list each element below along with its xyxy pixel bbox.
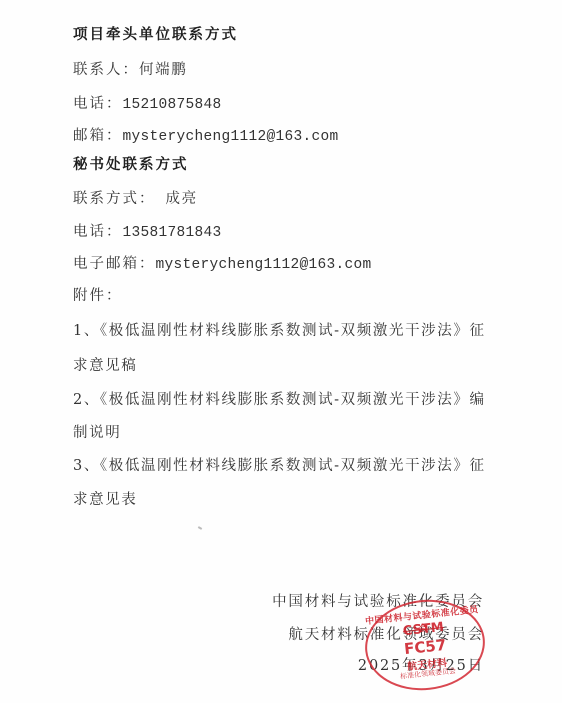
secretariat-phone-value: 13581781843 bbox=[123, 225, 222, 241]
lead-email-label: 邮箱： bbox=[73, 128, 123, 144]
lead-email-row: 邮箱：mysterycheng1112@163.com bbox=[73, 126, 339, 147]
lead-contact-label: 联系人： bbox=[73, 62, 139, 78]
secretariat-contact-name: 成亮 bbox=[166, 191, 198, 207]
secretariat-email-label: 电子邮箱： bbox=[73, 256, 156, 272]
secretariat-phone-label: 电话： bbox=[73, 224, 123, 240]
secretariat-email-value: mysterycheng1112@163.com bbox=[156, 257, 372, 273]
lead-phone-label: 电话： bbox=[73, 96, 123, 112]
signature-date: 2025年3月25日 bbox=[358, 656, 484, 676]
secretariat-heading: 秘书处联系方式 bbox=[73, 155, 189, 175]
attachment-1-line1: 1、《极低温刚性材料线膨胀系数测试-双频激光干涉法》征 bbox=[73, 321, 486, 341]
attachment-2-line2: 制说明 bbox=[73, 423, 121, 443]
attachment-1-line2: 求意见稿 bbox=[73, 356, 137, 376]
secretariat-email-row: 电子邮箱：mysterycheng1112@163.com bbox=[73, 254, 372, 275]
secretariat-phone-row: 电话：13581781843 bbox=[73, 222, 222, 243]
secretariat-contact-row: 联系方式：成亮 bbox=[73, 189, 198, 209]
signature-org-1: 中国材料与试验标准化委员会 bbox=[272, 592, 484, 612]
signature-org-2: 航天材料标准化领域委员会 bbox=[288, 625, 484, 645]
lead-phone-value: 15210875848 bbox=[123, 97, 222, 113]
scan-speck bbox=[198, 526, 202, 530]
attachment-3-line2: 求意见表 bbox=[73, 490, 137, 510]
lead-contact-name: 何端鹏 bbox=[139, 62, 187, 78]
lead-email-value: mysterycheng1112@163.com bbox=[123, 129, 339, 145]
attachment-3-line1: 3、《极低温刚性材料线膨胀系数测试-双频激光干涉法》征 bbox=[73, 456, 486, 476]
attachment-2-line1: 2、《极低温刚性材料线膨胀系数测试-双频激光干涉法》编 bbox=[73, 390, 486, 410]
lead-phone-row: 电话：15210875848 bbox=[73, 94, 222, 115]
lead-unit-heading: 项目牵头单位联系方式 bbox=[73, 25, 238, 45]
document-page: 项目牵头单位联系方式 联系人：何端鹏 电话：15210875848 邮箱：mys… bbox=[0, 0, 562, 703]
attachments-label: 附件： bbox=[73, 286, 123, 306]
lead-contact-row: 联系人：何端鹏 bbox=[73, 60, 187, 80]
secretariat-contact-label: 联系方式： bbox=[73, 191, 156, 207]
